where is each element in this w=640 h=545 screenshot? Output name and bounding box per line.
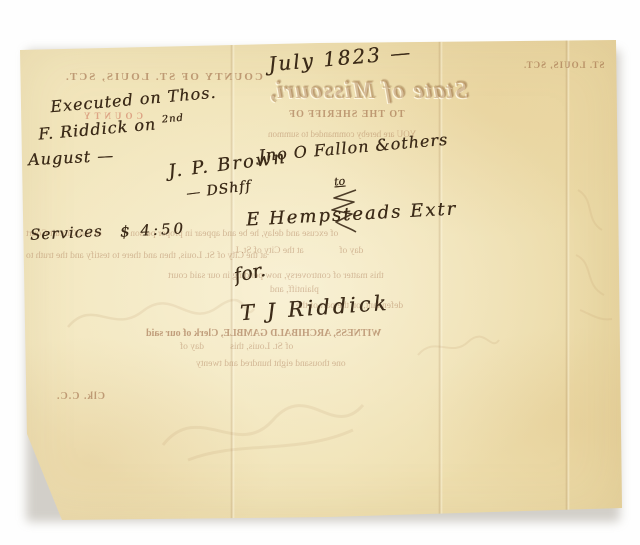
bleedthrough-plaintiff-line: plaintiff, and bbox=[270, 286, 319, 296]
handwritten-signature: T J Riddick bbox=[239, 293, 390, 324]
bleedthrough-state-title: State of Missouri, bbox=[268, 78, 469, 103]
bleedthrough-county-header: COUNTY OF ST. LOUIS, SCT. bbox=[64, 72, 263, 83]
scan-background: COUNTY OF ST. LOUIS, SCT. ST. LOUIS, SCT… bbox=[0, 0, 640, 545]
handwritten-executed-superscript: 2nd bbox=[161, 113, 184, 126]
handwritten-services-amount: $ 4:50 bbox=[120, 221, 187, 239]
document-paper: COUNTY OF ST. LOUIS, SCT. ST. LOUIS, SCT… bbox=[18, 40, 622, 520]
ghost-signature-flourish bbox=[148, 385, 378, 470]
bleedthrough-testify-line: at the City of St. Louis, then and there… bbox=[26, 252, 267, 262]
handwritten-executed-line2: F. Riddick on 2nd bbox=[38, 114, 185, 143]
handwritten-date: July 1823 — bbox=[267, 42, 412, 74]
bleedthrough-clerk-line: Clk. C.C. bbox=[56, 392, 105, 402]
handwritten-executed-line2-text: F. Riddick on bbox=[37, 114, 162, 144]
ghost-handwriting-flourish bbox=[58, 285, 258, 345]
bleedthrough-county-corner: ST. LOUIS, SCT. bbox=[523, 61, 604, 70]
ghost-date-squiggle bbox=[413, 330, 503, 365]
bleedthrough-year-line: one thousand eight hundred and twenty bbox=[196, 360, 346, 370]
fold-crease-middle bbox=[438, 40, 443, 520]
handwritten-executed-line3: August — bbox=[28, 148, 115, 168]
ghost-margin-marks bbox=[570, 175, 618, 325]
handwritten-services-label: Services bbox=[30, 224, 103, 243]
bleedthrough-sheriff-line: TO THE SHERIFF OF bbox=[288, 110, 405, 120]
handwritten-officer-title: — DShff bbox=[185, 179, 252, 201]
handwritten-for-word: for. bbox=[232, 261, 267, 286]
bleedthrough-controversy-line: this matter of controversy, now pending … bbox=[168, 272, 384, 282]
